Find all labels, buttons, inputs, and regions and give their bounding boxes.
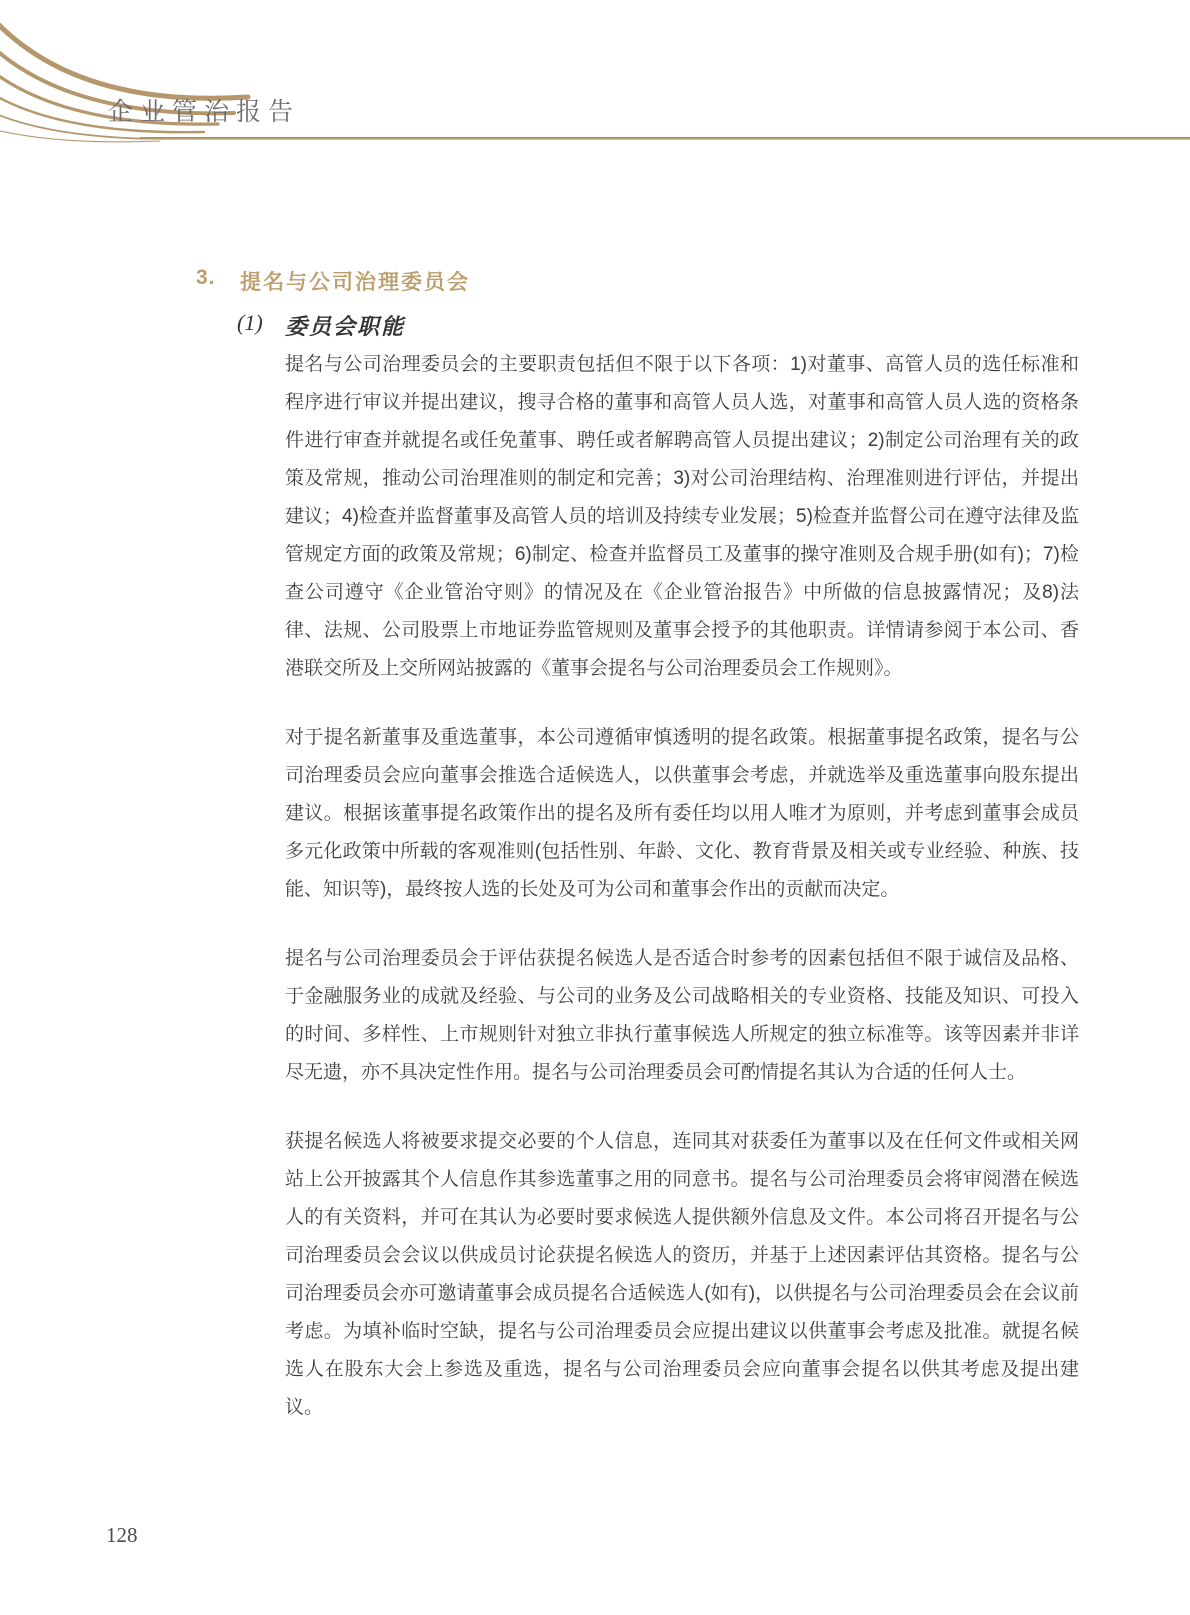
section-number: 3. xyxy=(196,266,240,296)
paragraph-candidate-procedure: 获提名候选人将被要求提交必要的个人信息，连同其对获委任为董事以及在任何文件或相关… xyxy=(285,1123,1079,1427)
paragraph-candidate-factors: 提名与公司治理委员会于评估获提名候选人是否适合时参考的因素包括但不限于诚信及品格… xyxy=(285,940,1079,1092)
header-divider xyxy=(140,137,1190,140)
page-header-title: 企业管治报告 xyxy=(108,92,300,128)
section-title: 提名与公司治理委员会 xyxy=(240,266,470,296)
paragraph-nomination-policy: 对于提名新董事及重选董事，本公司遵循审慎透明的提名政策。根据董事提名政策，提名与… xyxy=(285,719,1079,909)
subsection-number: (1) xyxy=(237,310,285,341)
page-number: 128 xyxy=(106,1523,138,1548)
section-heading: 3. 提名与公司治理委员会 xyxy=(196,266,470,296)
report-page: 企业管治报告 3. 提名与公司治理委员会 (1) 委员会职能 提名与公司治理委员… xyxy=(0,0,1190,1615)
subsection-title: 委员会职能 xyxy=(285,310,405,341)
subsection-heading: (1) 委员会职能 xyxy=(237,310,405,341)
paragraph-committee-duties: 提名与公司治理委员会的主要职责包括但不限于以下各项：1)对董事、高管人员的选任标… xyxy=(285,346,1079,688)
body-text: 提名与公司治理委员会的主要职责包括但不限于以下各项：1)对董事、高管人员的选任标… xyxy=(285,346,1079,1427)
